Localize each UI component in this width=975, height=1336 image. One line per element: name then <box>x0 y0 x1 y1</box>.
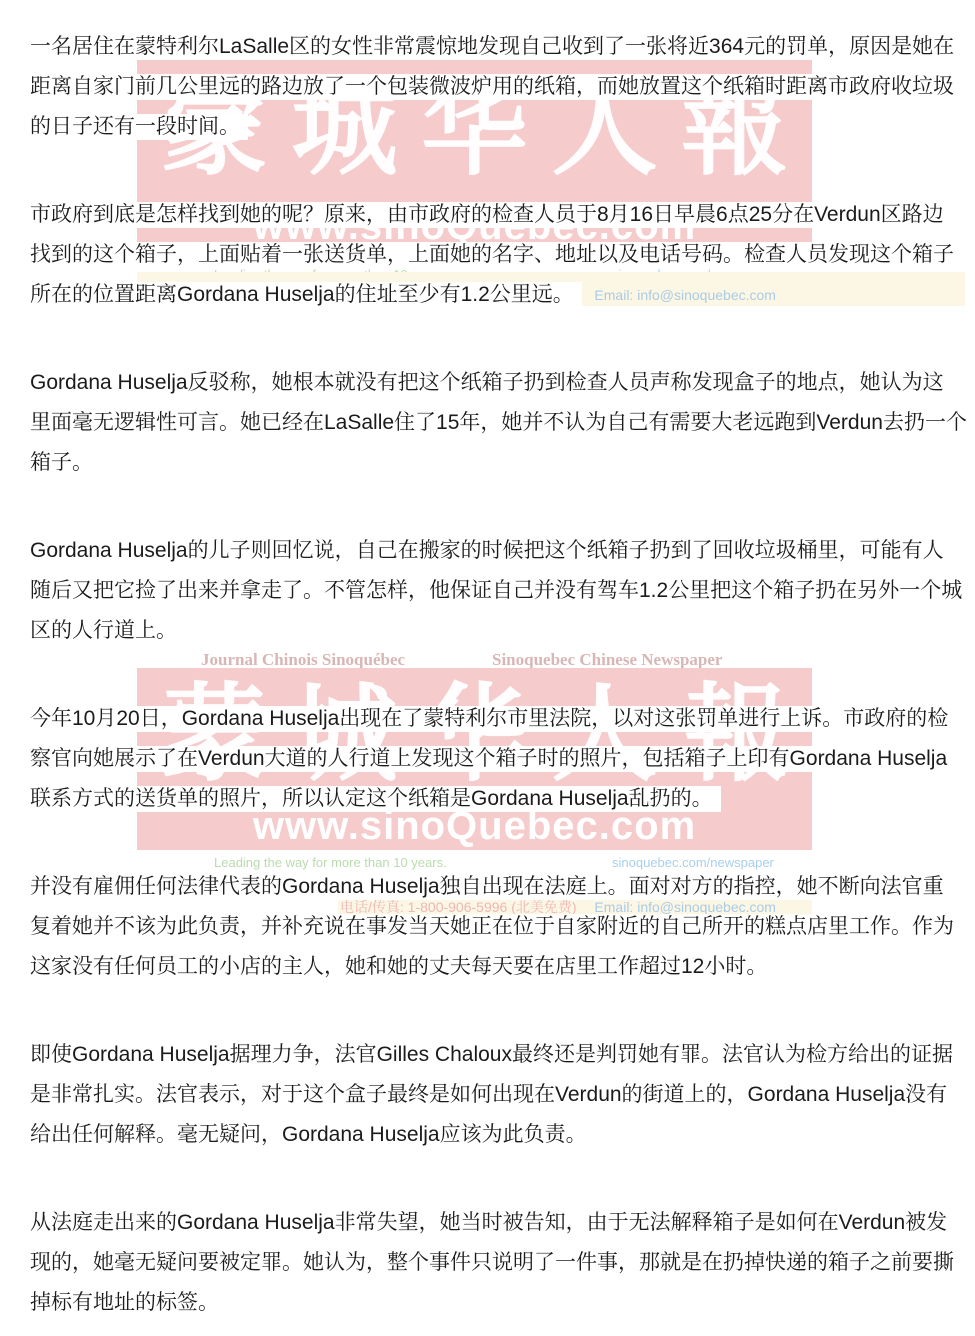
paragraph: Gordana Huselja的儿子则回忆说，自己在搬家的时候把这个纸箱子扔到了… <box>22 531 970 651</box>
text-line-content: 所在的位置距离Gordana Huselja的住址至少有1.2公里远。 <box>22 282 582 308</box>
text-line-content: 随后又把它捡了出来并拿走了。不管怎样，他保证自己并没有驾车1.2公里把这个箱子扔… <box>22 578 970 604</box>
text-line-content: 察官向她展示了在Verdun大道的人行道上发现这个箱子时的照片，包括箱子上印有G… <box>22 746 955 772</box>
text-line-content: 即使Gordana Huselja据理力争，法官Gilles Chaloux最终… <box>22 1042 961 1068</box>
text-line-content: 箱子。 <box>22 450 101 476</box>
text-line: 找到的这个箱子，上面贴着一张送货单，上面她的名字、地址以及电话号码。检查人员发现… <box>22 235 962 275</box>
text-line-content: 今年10月20日，Gordana Huselja出现在了蒙特利尔市里法院，以对这… <box>22 706 956 732</box>
text-line-content: 区的人行道上。 <box>22 618 185 644</box>
text-line-content: 掉标有地址的标签。 <box>22 1290 227 1316</box>
text-line: 所在的位置距离Gordana Huselja的住址至少有1.2公里远。 <box>22 275 962 315</box>
text-line-content: 复着她并不该为此负责，并补充说在事发当天她正在位于自家附近的自己所开的糕点店里工… <box>22 914 962 940</box>
text-line-content: 找到的这个箱子，上面贴着一张送货单，上面她的名字、地址以及电话号码。检查人员发现… <box>22 242 962 268</box>
watermark-journal-french: Journal Chinois Sinoquébec <box>201 650 405 670</box>
text-line: Gordana Huselja反驳称，她根本就没有把这个纸箱子扔到检查人员声称发… <box>22 363 975 403</box>
text-line: 掉标有地址的标签。 <box>22 1283 962 1323</box>
text-line: 随后又把它捡了出来并拿走了。不管怎样，他保证自己并没有驾车1.2公里把这个箱子扔… <box>22 571 970 611</box>
paragraph: 市政府到底是怎样找到她的呢？原来，由市政府的检查人员于8月16日早晨6点25分在… <box>22 195 962 315</box>
text-line: 的日子还有一段时间。 <box>22 107 962 147</box>
text-line-content: Gordana Huselja反驳称，她根本就没有把这个纸箱子扔到检查人员声称发… <box>22 370 952 396</box>
text-line: 一名居住在蒙特利尔LaSalle区的女性非常震惊地发现自己收到了一张将近364元… <box>22 27 962 67</box>
text-line: 并没有雇佣任何法律代表的Gordana Huselja独自出现在法庭上。面对对方… <box>22 867 962 907</box>
watermark-journal-english: Sinoquebec Chinese Newspaper <box>492 650 722 670</box>
text-line: 察官向她展示了在Verdun大道的人行道上发现这个箱子时的照片，包括箱子上印有G… <box>22 739 956 779</box>
text-line-content: 里面毫无逻辑性可言。她已经在LaSalle住了15年，她并不认为自己有需要大老远… <box>22 410 975 436</box>
paragraph: 今年10月20日，Gordana Huselja出现在了蒙特利尔市里法院，以对这… <box>22 699 956 819</box>
text-line: 从法庭走出来的Gordana Huselja非常失望，她当时被告知，由于无法解释… <box>22 1203 962 1243</box>
text-line: 区的人行道上。 <box>22 611 970 651</box>
paragraph: Gordana Huselja反驳称，她根本就没有把这个纸箱子扔到检查人员声称发… <box>22 363 975 483</box>
text-line-content: 给出任何解释。毫无疑问，Gordana Huselja应该为此负责。 <box>22 1122 595 1148</box>
text-line: Gordana Huselja的儿子则回忆说，自己在搬家的时候把这个纸箱子扔到了… <box>22 531 970 571</box>
text-line: 今年10月20日，Gordana Huselja出现在了蒙特利尔市里法院，以对这… <box>22 699 956 739</box>
text-line: 距离自家门前几公里远的路边放了一个包装微波炉用的纸箱，而她放置这个纸箱时距离市政… <box>22 67 962 107</box>
text-line: 现的，她毫无疑问要被定罪。她认为，整个事件只说明了一件事，那就是在扔掉快递的箱子… <box>22 1243 962 1283</box>
text-line: 即使Gordana Huselja据理力争，法官Gilles Chaloux最终… <box>22 1035 961 1075</box>
text-line: 联系方式的送货单的照片，所以认定这个纸箱是Gordana Huselja乱扔的。 <box>22 779 956 819</box>
text-line: 复着她并不该为此负责，并补充说在事发当天她正在位于自家附近的自己所开的糕点店里工… <box>22 907 962 947</box>
paragraph: 并没有雇佣任何法律代表的Gordana Huselja独自出现在法庭上。面对对方… <box>22 867 962 987</box>
watermark-journal-line: Journal Chinois Sinoquébec Sinoquebec Ch… <box>0 650 975 668</box>
paragraph: 一名居住在蒙特利尔LaSalle区的女性非常震惊地发现自己收到了一张将近364元… <box>22 27 962 147</box>
paragraph: 即使Gordana Huselja据理力争，法官Gilles Chaloux最终… <box>22 1035 961 1155</box>
text-line-content: 从法庭走出来的Gordana Huselja非常失望，她当时被告知，由于无法解释… <box>22 1210 955 1236</box>
text-line-content: Gordana Huselja的儿子则回忆说，自己在搬家的时候把这个纸箱子扔到了… <box>22 538 952 564</box>
text-line-content: 是非常扎实。法官表示，对于这个盒子最终是如何出现在Verdun的街道上的，Gor… <box>22 1082 955 1108</box>
text-line: 是非常扎实。法官表示，对于这个盒子最终是如何出现在Verdun的街道上的，Gor… <box>22 1075 961 1115</box>
text-line-content: 现的，她毫无疑问要被定罪。她认为，整个事件只说明了一件事，那就是在扔掉快递的箱子… <box>22 1250 962 1276</box>
text-line-content: 联系方式的送货单的照片，所以认定这个纸箱是Gordana Huselja乱扔的。 <box>22 786 721 812</box>
text-line-content: 市政府到底是怎样找到她的呢？原来，由市政府的检查人员于8月16日早晨6点25分在… <box>22 202 952 228</box>
text-line-content: 这家没有任何员工的小店的主人，她和她的丈夫每天要在店里工作超过12小时。 <box>22 954 775 980</box>
text-line-content: 一名居住在蒙特利尔LaSalle区的女性非常震惊地发现自己收到了一张将近364元… <box>22 34 962 60</box>
text-line: 里面毫无逻辑性可言。她已经在LaSalle住了15年，她并不认为自己有需要大老远… <box>22 403 975 443</box>
article-page: Journal Chinois Sinoquébec Sinoquebec Ch… <box>0 0 975 1336</box>
text-line: 这家没有任何员工的小店的主人，她和她的丈夫每天要在店里工作超过12小时。 <box>22 947 962 987</box>
text-line: 给出任何解释。毫无疑问，Gordana Huselja应该为此负责。 <box>22 1115 961 1155</box>
paragraph: 从法庭走出来的Gordana Huselja非常失望，她当时被告知，由于无法解释… <box>22 1203 962 1323</box>
text-line-content: 的日子还有一段时间。 <box>22 114 248 140</box>
text-line-content: 并没有雇佣任何法律代表的Gordana Huselja独自出现在法庭上。面对对方… <box>22 874 952 900</box>
text-line: 箱子。 <box>22 443 975 483</box>
text-line-content: 距离自家门前几公里远的路边放了一个包装微波炉用的纸箱，而她放置这个纸箱时距离市政… <box>22 74 962 100</box>
text-line: 市政府到底是怎样找到她的呢？原来，由市政府的检查人员于8月16日早晨6点25分在… <box>22 195 962 235</box>
